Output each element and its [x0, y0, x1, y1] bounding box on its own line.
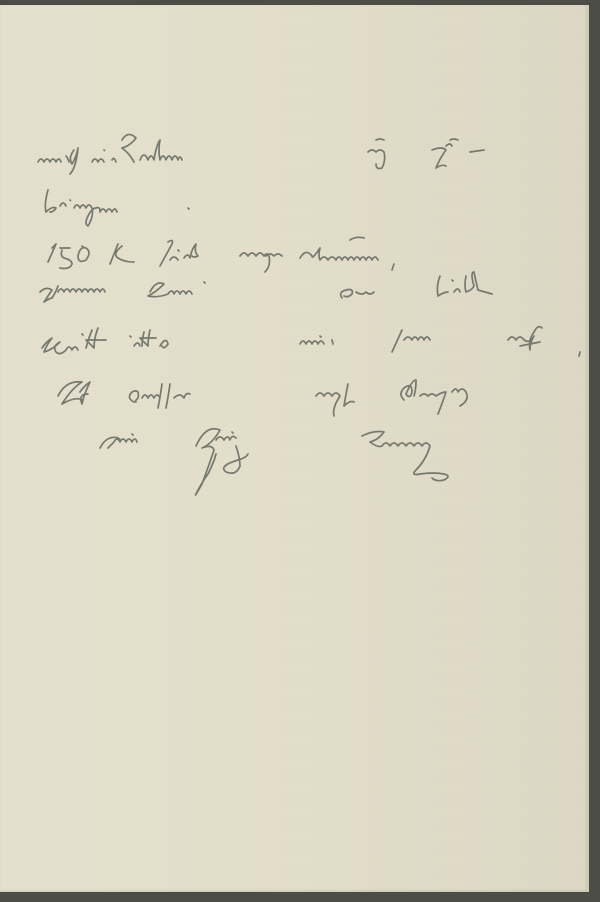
line-2-strokes — [45, 190, 189, 226]
line-7-strokes — [100, 429, 448, 495]
line-6-strokes — [58, 380, 467, 416]
line-5-strokes — [42, 327, 580, 356]
line-4-strokes — [40, 272, 492, 302]
line-1-strokes — [38, 134, 484, 174]
handwriting-ink — [0, 0, 600, 902]
line-3-strokes — [48, 237, 394, 272]
